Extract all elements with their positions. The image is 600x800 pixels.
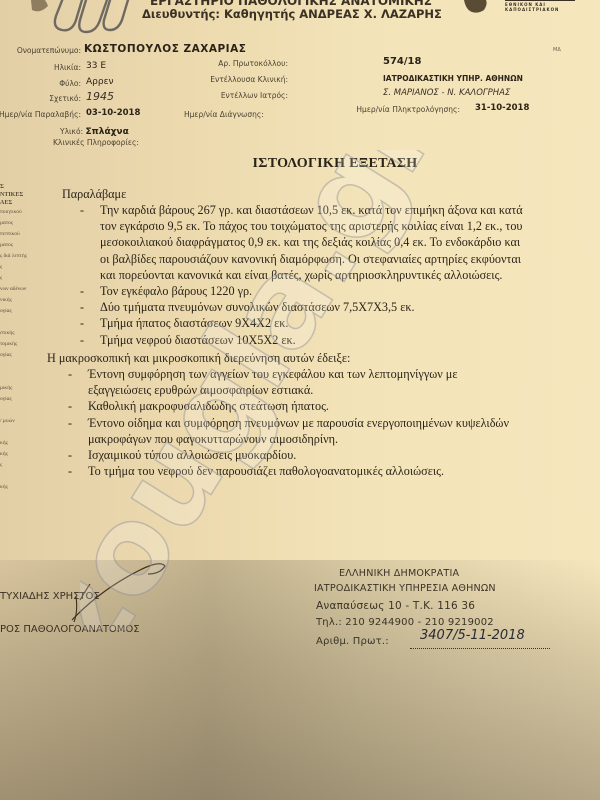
margin-item: νικής [0, 295, 60, 306]
margin-item [0, 372, 60, 383]
name-label: Ονοματεπώνυμο: [17, 46, 81, 55]
bullet-dash: - [68, 447, 88, 463]
report-line: -Την καρδιά βάρους 267 γρ. και διαστάσεω… [80, 202, 523, 218]
bullet-dash: - [80, 299, 100, 315]
line-text: μακροφάγων που φαγοκυτταρώνουν αιμοσιδηρ… [88, 432, 338, 446]
line-text: Τμήμα ήπατος διαστάσεων 9Χ4Χ2 εκ. [100, 316, 288, 330]
report-line: -Καθολική μακροφυσαλιδώδης στεάτωση ήπατ… [68, 398, 509, 414]
margin-item: νων αδένων [0, 284, 60, 295]
reference-label: Σχετικό: [49, 94, 81, 103]
report-line: -Ισχαιμικού τύπου αλλοιώσεις μυοκαρδίου. [68, 447, 509, 463]
stamp-line-1: ΕΛΛΗΝΙΚΗ ΔΗΜΟΚΡΑΤΙΑ [339, 568, 459, 579]
paperclip-icon [30, 0, 150, 40]
bullet-dash: - [80, 202, 100, 218]
patient-age: 33 Ε [86, 61, 106, 71]
material-label: Υλικό: Σπλάχνα [60, 127, 129, 137]
line-text: Την καρδιά βάρους 267 γρ. και διαστάσεων… [100, 203, 523, 217]
report-line: μεσοκοιλιακού διαφράγματος 0,9 εκ. και τ… [80, 234, 523, 250]
doctor-label: Εντέλλων Ιατρός: [221, 91, 288, 100]
line-text: Δύο τμήματα πνευμόνων συνολικών διαστάσε… [100, 300, 415, 314]
report-line: οι βαλβίδες παρουσιάζουν κανονική διαμόρ… [80, 251, 523, 267]
patient-sex: Αρρεν [86, 77, 113, 87]
stamp-protocol-label: Αριθμ. Πρωτ.: [316, 636, 389, 647]
received-date: 03-10-2018 [86, 108, 140, 118]
report-line: -Δύο τμήματα πνευμόνων συνολικών διαστάσ… [80, 299, 523, 315]
typing-date-label: Ημερ/νία Πληκτρολόγησης: [356, 105, 460, 114]
clinic-label: Εντέλλουσα Κλινική: [210, 75, 288, 84]
line-text: εξαγγειώσεις ερυθρών αιμοσφαιρίων εστιακ… [88, 383, 313, 397]
sex-label: Φύλο: [59, 79, 81, 88]
stamp-address: Αναπαύσεως 10 - Τ.Κ. 116 36 [316, 600, 475, 612]
stamp-phone: Τηλ.: 210 9244900 - 210 9219002 [316, 617, 494, 628]
margin-item: / μυών [0, 416, 60, 427]
doctor-value: Σ. ΜΑΡΙΑΝΟΣ - Ν. ΚΑΛΟΓΡΗΑΣ [383, 88, 510, 98]
margin-item: πεπτικού [0, 229, 60, 240]
stamp-protocol-number: 3407/5-11-2018 [420, 628, 525, 643]
margin-item: ς [0, 273, 60, 284]
line-text: Έντονο οίδημα και συμφόρηση πνευμόνων με… [88, 416, 509, 430]
report-line: -Έντονη συμφόρηση των αγγείων του εγκεφά… [68, 366, 509, 382]
line-text: μεσοκοιλιακού διαφράγματος 0,9 εκ. και τ… [100, 235, 520, 249]
margin-item [0, 405, 60, 416]
received-date-label: Ημερ/νία Παραλαβής: [0, 110, 81, 119]
margin-item: στικής [0, 328, 60, 339]
material-value: Σπλάχνα [85, 127, 128, 137]
report-line: -Τον εγκέφαλο βάρους 1220 γρ. [80, 283, 523, 299]
margin-item [0, 471, 60, 482]
received-items-list: -Την καρδιά βάρους 267 γρ. και διαστάσεω… [80, 202, 523, 348]
signatory-role: ΡΟΣ ΠΑΘΟΛΟΓΟΑΝΑΤΟΜΟΣ [0, 624, 140, 635]
report-line: τον εγκάρσιο 9,5 εκ. Το πάχος του τοιχώμ… [80, 218, 523, 234]
margin-item [0, 427, 60, 438]
report-line: και πορεύονται κανονικά και είναι βατές,… [80, 267, 523, 283]
margin-item: τομικής [0, 339, 60, 350]
line-text: Τμήμα νεφρού διαστάσεων 10Χ5Χ2 εκ. [100, 333, 296, 347]
margin-item: ς διά λεπτής [0, 251, 60, 262]
protocol-number: 574/18 [383, 56, 421, 67]
report-line: εξαγγειώσεις ερυθρών αιμοσφαιρίων εστιακ… [68, 382, 509, 398]
bullet-dash: - [80, 283, 100, 299]
clinical-info-label: Κλινικές Πληροφορίες: [53, 138, 139, 147]
margin-item: κής [0, 482, 60, 493]
corner-mark: ΜΔ [553, 47, 561, 53]
line-text: Έντονη συμφόρηση των αγγείων του εγκεφάλ… [88, 367, 457, 381]
age-label: Ηλικία: [54, 63, 81, 72]
findings-list: -Έντονη συμφόρηση των αγγείων του εγκεφά… [68, 366, 509, 479]
margin-item: ποιητικού [0, 207, 60, 218]
margin-item: ογίας [0, 394, 60, 405]
line-text: Ισχαιμικού τύπου αλλοιώσεις μυοκαρδίου. [88, 448, 296, 462]
margin-item: ματος [0, 240, 60, 251]
received-heading: Παραλάβαμε [62, 186, 126, 202]
margin-specialties-list: Σ ΝΤΙΚΕΣ ΑΕΣ ποιητικούματοςπεπτικούματος… [0, 183, 60, 493]
bullet-dash: - [68, 463, 88, 479]
stamp-line-2: ΙΑΤΡΟΔΙΚΑΣΤΙΚΗ ΥΠΗΡΕΣΙΑ ΑΘΗΝΩΝ [314, 583, 496, 594]
report-line: -Το τμήμα του νεφρού δεν παρουσιάζει παθ… [68, 463, 509, 479]
margin-item [0, 317, 60, 328]
director-line: Διευθυντής: Καθηγητής ΑΝΔΡΕΑΣ Χ. ΛΑΖΑΡΗΣ [142, 7, 442, 21]
report-line: -Τμήμα νεφρού διαστάσεων 10Χ5Χ2 εκ. [80, 332, 523, 348]
logo-rule [505, 0, 575, 1]
stamp-dotted-line [410, 648, 550, 649]
university-emblem-icon [462, 0, 488, 14]
report-line: μακροφάγων που φαγοκυτταρώνουν αιμοσιδηρ… [68, 431, 509, 447]
line-text: Τον εγκέφαλο βάρους 1220 γρ. [100, 284, 252, 298]
bullet-dash: - [68, 366, 88, 382]
report-title: ΙΣΤΟΛΟΓΙΚΗ ΕΞΕΤΑΣΗ [0, 156, 600, 172]
university-name: ΕΘΝΙΚΟΝ ΚΑΙ ΚΑΠΟΔΙΣΤΡΙΑΚΟΝ [505, 2, 600, 12]
line-text: Το τμήμα του νεφρού δεν παρουσιάζει παθο… [88, 464, 444, 478]
reference-value: 1945 [86, 90, 114, 103]
bullet-dash: - [80, 315, 100, 331]
line-text: και πορεύονται κανονικά και είναι βατές,… [100, 268, 502, 282]
signatory-name: ΤΥΧΙΑΔΗΣ ΧΡΗΣΤΟΣ [0, 591, 100, 602]
findings-heading: Η μακροσκοπική και μικροσκοπική διερεύνη… [47, 350, 350, 366]
diagnosis-date-label: Ημερ/νία Διάγνωσης: [184, 110, 264, 119]
bullet-dash: - [80, 332, 100, 348]
report-line: -Έντονο οίδημα και συμφόρηση πνευμόνων μ… [68, 415, 509, 431]
margin-item: ογίας [0, 306, 60, 317]
bullet-dash: - [68, 398, 88, 414]
bullet-dash: - [68, 415, 88, 431]
protocol-label: Αρ. Πρωτοκόλλου: [218, 59, 288, 68]
line-text: τον εγκάρσιο 9,5 εκ. Το πάχος του τοιχώμ… [100, 219, 522, 233]
line-text: Καθολική μακροφυσαλιδώδης στεάτωση ήπατο… [88, 399, 329, 413]
clinic-value: ΙΑΤΡΟΔΙΚΑΣΤΙΚΗ ΥΠΗΡ. ΑΘΗΝΩΝ [383, 74, 523, 83]
margin-item: ς [0, 460, 60, 471]
margin-item: κής [0, 438, 60, 449]
margin-item: ς [0, 262, 60, 273]
report-line: -Τμήμα ήπατος διαστάσεων 9Χ4Χ2 εκ. [80, 315, 523, 331]
margin-item: ματος [0, 218, 60, 229]
margin-item: μικής [0, 383, 60, 394]
line-text: οι βαλβίδες παρουσιάζουν κανονική διαμόρ… [100, 252, 521, 266]
patient-name: ΚΩΣΤΟΠΟΥΛΟΣ ΖΑΧΑΡΙΑΣ [84, 43, 246, 55]
margin-item: κής [0, 449, 60, 460]
typing-date: 31-10-2018 [475, 103, 529, 113]
